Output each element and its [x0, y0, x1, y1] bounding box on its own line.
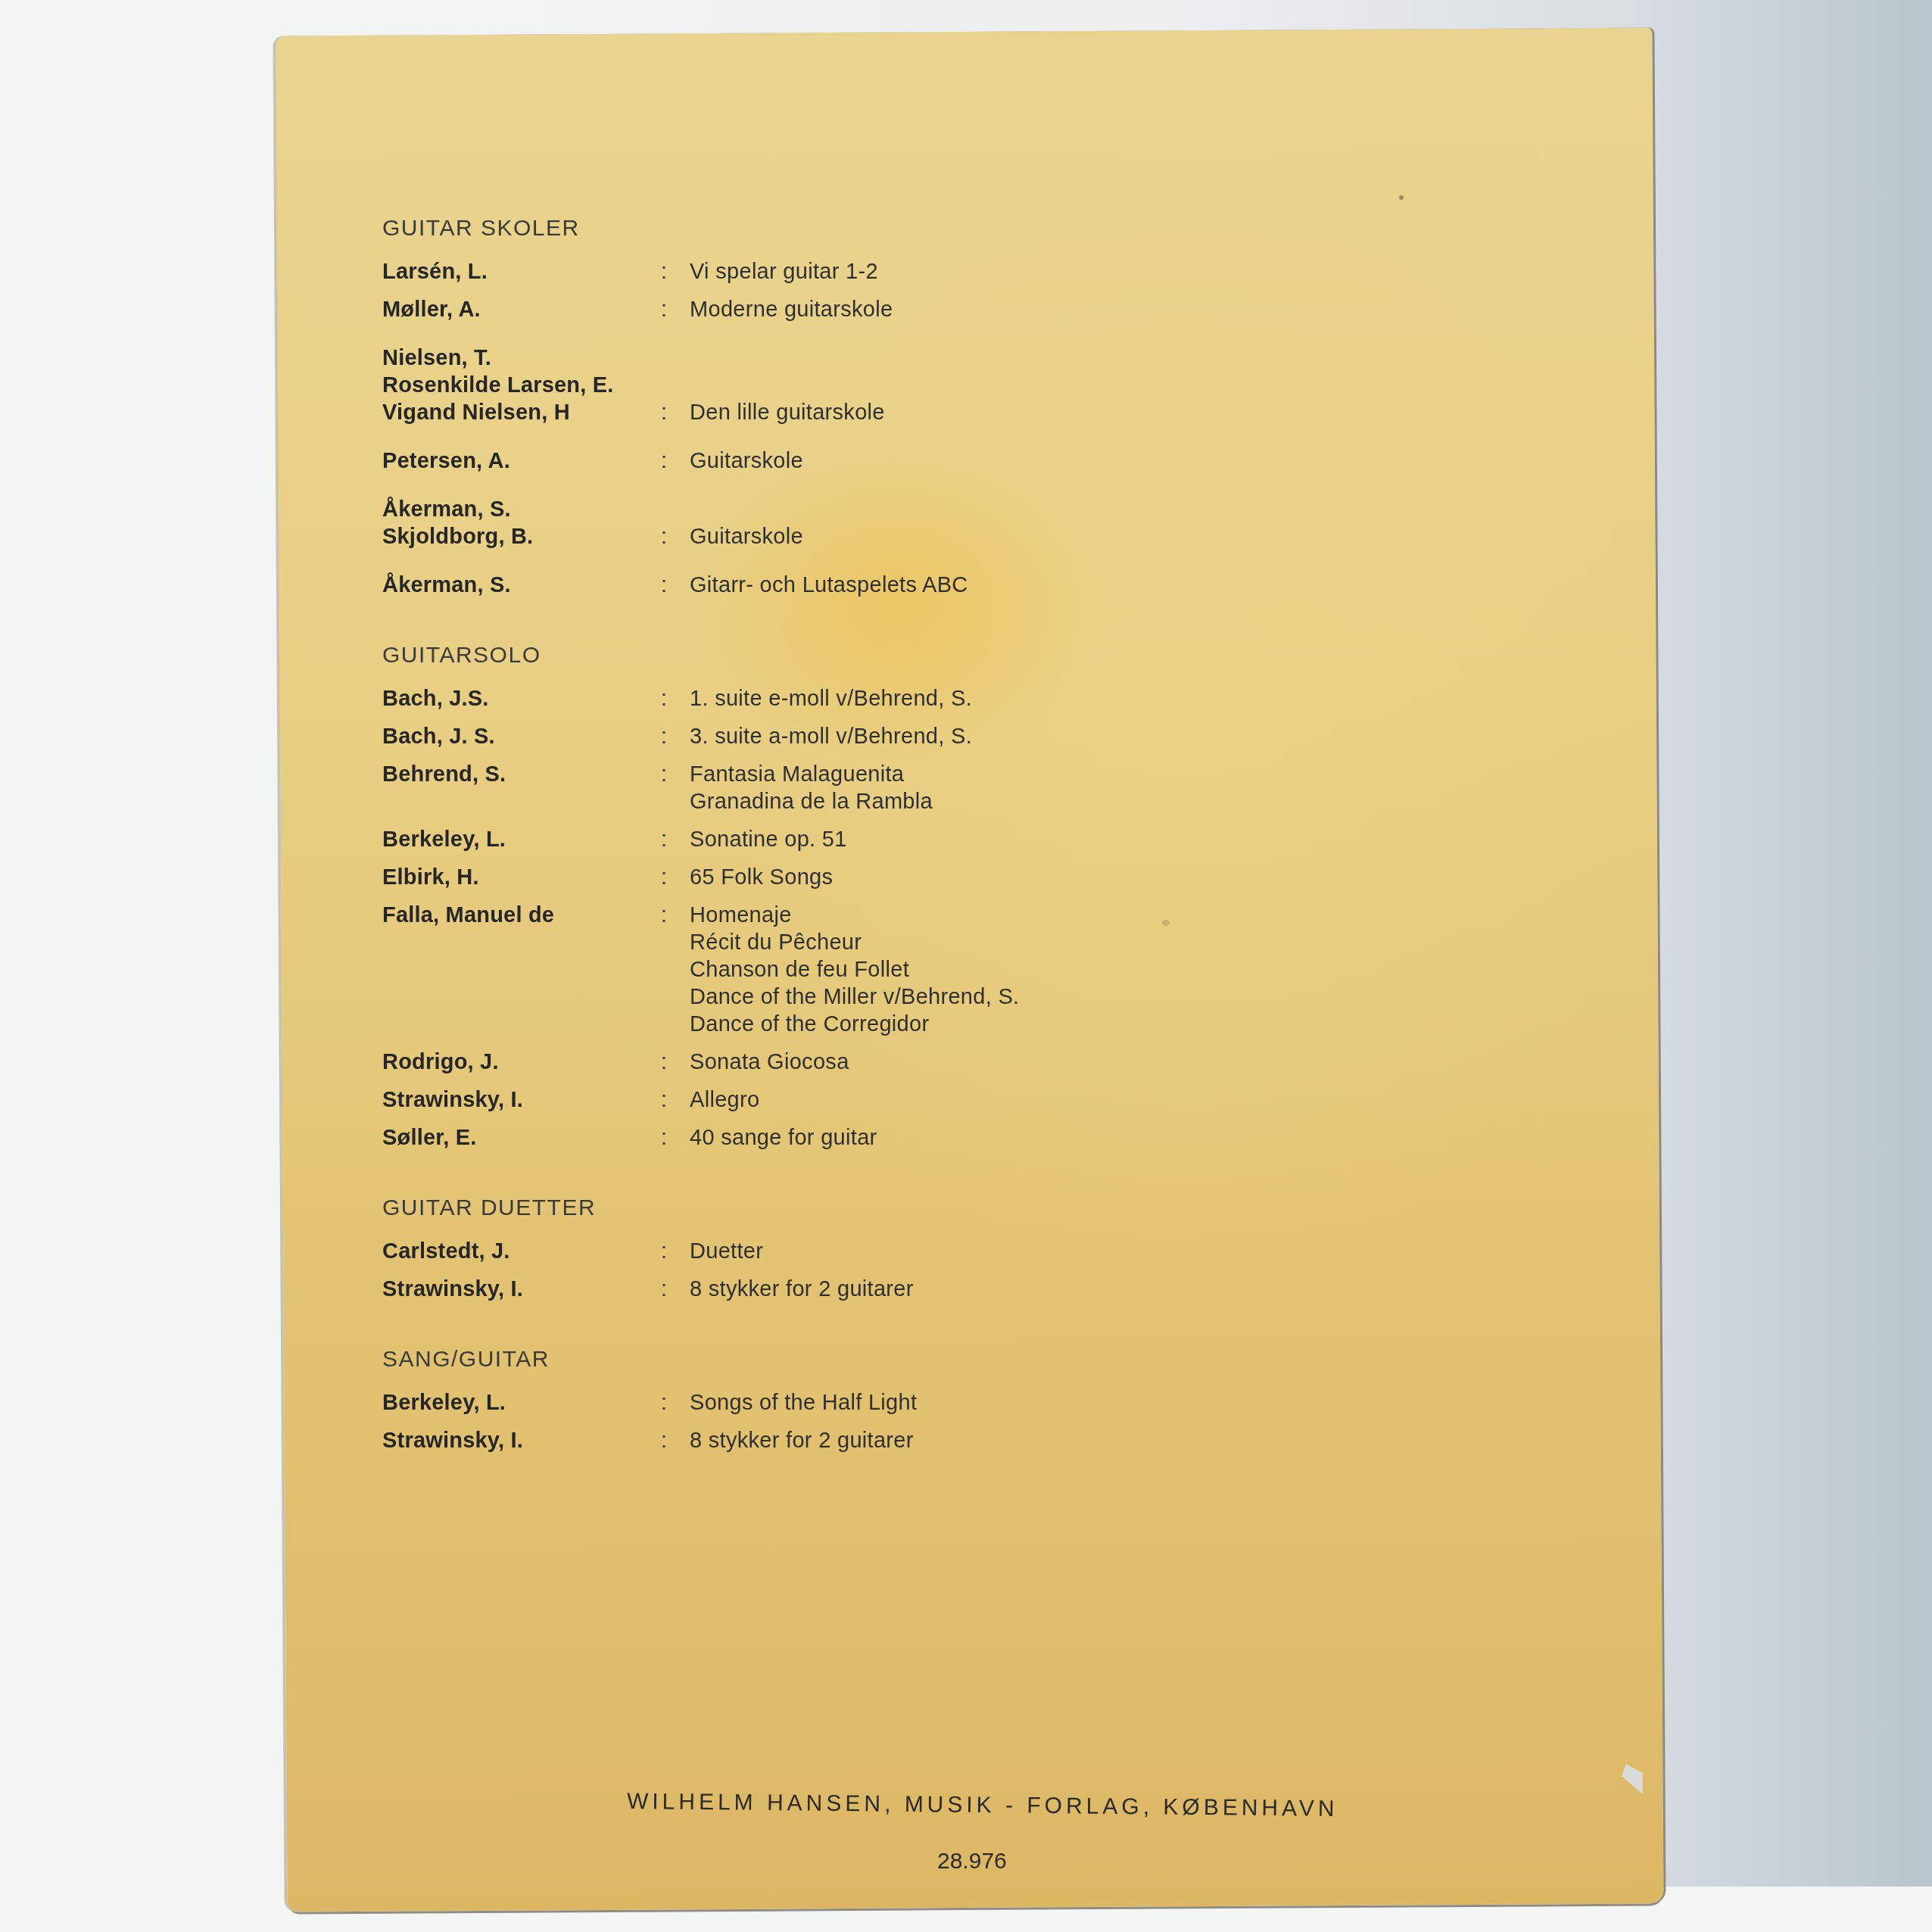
catalog-entry: Larsén, L.:Vi spelar guitar 1-2 — [382, 258, 1215, 285]
catalog-entry: Bach, J.S.:1. suite e-moll v/Behrend, S. — [382, 685, 1215, 712]
composer-names: Strawinsky, I. — [382, 1086, 661, 1114]
composer-name: Åkerman, S. — [382, 572, 661, 599]
separator-colon: : — [661, 1126, 667, 1150]
work-title: 3. suite a-moll v/Behrend, S. — [690, 723, 972, 750]
composer-name: Berkeley, L. — [382, 1389, 661, 1416]
composer-name: Nielsen, T. — [382, 344, 661, 372]
catalog-section: SANG/GUITARBerkeley, L.:Songs of the Hal… — [382, 1347, 1215, 1454]
catalog-entry: Strawinsky, I.:8 stykker for 2 guitarer — [382, 1427, 1215, 1454]
composer-name: Skjoldborg, B. — [382, 523, 661, 550]
composer-name: Strawinsky, I. — [382, 1427, 661, 1454]
catalog-entry: Rodrigo, J.:Sonata Giocosa — [382, 1049, 1215, 1076]
composer-names: Møller, A. — [382, 296, 661, 323]
work-titles: Allegro — [690, 1086, 759, 1114]
composer-name: Bach, J. S. — [382, 723, 661, 750]
composer-name: Rodrigo, J. — [382, 1049, 661, 1076]
composer-name: Behrend, S. — [382, 761, 661, 788]
work-titles: HomenajeRécit du PêcheurChanson de feu F… — [690, 902, 1019, 1038]
separator-colon: : — [661, 762, 667, 787]
catalog-entry: Strawinsky, I.:Allegro — [382, 1086, 1215, 1114]
composer-name: Carlstedt, J. — [382, 1238, 661, 1265]
work-titles: Songs of the Half Light — [690, 1389, 917, 1416]
work-title: 8 stykker for 2 guitarer — [690, 1427, 914, 1454]
composer-names: Falla, Manuel de — [382, 902, 661, 929]
catalog-entry: Carlstedt, J.:Duetter — [382, 1238, 1215, 1265]
composer-names: Berkeley, L. — [382, 826, 661, 853]
composer-names: Berkeley, L. — [382, 1389, 661, 1416]
work-titles: Fantasia MalaguenitaGranadina de la Ramb… — [690, 761, 933, 815]
work-titles: 3. suite a-moll v/Behrend, S. — [690, 723, 972, 750]
composer-name: Berkeley, L. — [382, 826, 661, 853]
catalog-entry: Møller, A.:Moderne guitarskole — [382, 296, 1215, 323]
work-title: Guitarskole — [690, 447, 803, 475]
work-titles: Guitarskole — [690, 496, 803, 550]
separator-colon: : — [661, 449, 667, 473]
work-titles: Sonata Giocosa — [690, 1049, 849, 1076]
composer-names: Carlstedt, J. — [382, 1238, 661, 1265]
separator-colon: : — [661, 865, 667, 890]
composer-names: Elbirk, H. — [382, 864, 661, 891]
catalog-entry: Strawinsky, I.:8 stykker for 2 guitarer — [382, 1276, 1215, 1303]
section-heading: GUITARSOLO — [382, 643, 1215, 668]
work-titles: Duetter — [690, 1238, 763, 1265]
work-titles: Den lille guitarskole — [690, 344, 885, 426]
catalog-number: 28.976 — [937, 1849, 1007, 1874]
work-titles: 8 stykker for 2 guitarer — [690, 1427, 914, 1454]
section-heading: GUITAR DUETTER — [382, 1195, 1215, 1221]
separator-colon: : — [661, 724, 667, 749]
work-title: Fantasia Malaguenita — [690, 761, 933, 788]
catalog-entry: Berkeley, L.:Sonatine op. 51 — [382, 826, 1215, 853]
catalog-section: GUITARSOLOBach, J.S.:1. suite e-moll v/B… — [382, 643, 1215, 1151]
catalog-entry: Nielsen, T.Rosenkilde Larsen, E.Vigand N… — [382, 344, 1215, 426]
work-title: Gitarr- och Lutaspelets ABC — [690, 572, 968, 599]
composer-names: Bach, J.S. — [382, 685, 661, 712]
work-title: Duetter — [690, 1238, 763, 1265]
separator-colon: : — [661, 1277, 667, 1301]
composer-name: Møller, A. — [382, 296, 661, 323]
section-heading: SANG/GUITAR — [382, 1347, 1215, 1373]
work-title: Moderne guitarskole — [690, 296, 893, 323]
work-title: Dance of the Corregidor — [690, 1011, 1019, 1038]
catalog-list: GUITAR SKOLERLarsén, L.:Vi spelar guitar… — [382, 216, 1215, 1498]
composer-name: Elbirk, H. — [382, 864, 661, 891]
work-title: Granadina de la Rambla — [690, 788, 933, 815]
composer-name: Rosenkilde Larsen, E. — [382, 372, 661, 399]
catalog-entry: Falla, Manuel de:HomenajeRécit du Pêcheu… — [382, 902, 1215, 1038]
separator-colon: : — [661, 1050, 667, 1074]
work-title: 8 stykker for 2 guitarer — [690, 1276, 914, 1303]
separator-colon: : — [661, 1429, 667, 1453]
composer-names: Strawinsky, I. — [382, 1427, 661, 1454]
composer-name: Bach, J.S. — [382, 685, 661, 712]
catalog-entry: Berkeley, L.:Songs of the Half Light — [382, 1389, 1215, 1416]
composer-name: Strawinsky, I. — [382, 1086, 661, 1114]
composer-name: Petersen, A. — [382, 447, 661, 475]
work-title: Sonata Giocosa — [690, 1049, 849, 1076]
composer-name: Larsén, L. — [382, 258, 661, 285]
work-titles: 65 Folk Songs — [690, 864, 833, 891]
work-title: Songs of the Half Light — [690, 1389, 917, 1416]
work-title: Récit du Pêcheur — [690, 929, 1019, 956]
work-titles: Moderne guitarskole — [690, 296, 893, 323]
separator-colon: : — [661, 1391, 667, 1415]
composer-name: Vigand Nielsen, H — [382, 399, 661, 426]
catalog-entry: Søller, E.:40 sange for guitar — [382, 1124, 1215, 1151]
catalog-entry: Bach, J. S.:3. suite a-moll v/Behrend, S… — [382, 723, 1215, 750]
composer-name: Falla, Manuel de — [382, 902, 661, 929]
composer-name: Åkerman, S. — [382, 496, 661, 523]
separator-colon: : — [661, 687, 667, 711]
work-title: Guitarskole — [690, 523, 803, 550]
work-title: Homenaje — [690, 902, 1019, 929]
work-titles: 8 stykker for 2 guitarer — [690, 1276, 914, 1303]
work-title: 65 Folk Songs — [690, 864, 833, 891]
composer-names: Nielsen, T.Rosenkilde Larsen, E.Vigand N… — [382, 344, 661, 426]
composer-names: Larsén, L. — [382, 258, 661, 285]
composer-names: Petersen, A. — [382, 447, 661, 475]
catalog-entry: Petersen, A.:Guitarskole — [382, 447, 1215, 475]
composer-name: Strawinsky, I. — [382, 1276, 661, 1303]
catalog-section: GUITAR DUETTERCarlstedt, J.:DuetterStraw… — [382, 1195, 1215, 1303]
composer-names: Behrend, S. — [382, 761, 661, 788]
separator-colon: : — [661, 298, 667, 322]
separator-colon: : — [661, 827, 667, 852]
catalog-entry: Åkerman, S.:Gitarr- och Lutaspelets ABC — [382, 572, 1215, 599]
composer-names: Åkerman, S. — [382, 572, 661, 599]
composer-names: Søller, E. — [382, 1124, 661, 1151]
catalog-entry: Behrend, S.:Fantasia MalaguenitaGranadin… — [382, 761, 1215, 815]
separator-colon: : — [661, 903, 667, 927]
catalog-section: GUITAR SKOLERLarsén, L.:Vi spelar guitar… — [382, 216, 1215, 599]
work-titles: 40 sange for guitar — [690, 1124, 877, 1151]
separator-colon: : — [661, 573, 667, 597]
separator-colon: : — [661, 260, 667, 284]
work-title: 1. suite e-moll v/Behrend, S. — [690, 685, 972, 712]
catalog-entry: Åkerman, S.Skjoldborg, B.:Guitarskole — [382, 496, 1215, 550]
catalog-entry: Elbirk, H.:65 Folk Songs — [382, 864, 1215, 891]
work-title: 40 sange for guitar — [690, 1124, 877, 1151]
work-titles: Gitarr- och Lutaspelets ABC — [690, 572, 968, 599]
section-heading: GUITAR SKOLER — [382, 216, 1215, 241]
work-title: Dance of the Miller v/Behrend, S. — [690, 983, 1019, 1011]
work-titles: Guitarskole — [690, 447, 803, 475]
paper-speck — [1399, 195, 1404, 200]
work-title: Chanson de feu Follet — [690, 956, 1019, 983]
work-title: Vi spelar guitar 1-2 — [690, 258, 878, 285]
composer-names: Strawinsky, I. — [382, 1276, 661, 1303]
separator-colon: : — [661, 400, 667, 425]
work-titles: Sonatine op. 51 — [690, 826, 847, 853]
work-titles: Vi spelar guitar 1-2 — [690, 258, 878, 285]
work-title: Den lille guitarskole — [690, 399, 885, 426]
composer-names: Åkerman, S.Skjoldborg, B. — [382, 496, 661, 550]
work-titles: 1. suite e-moll v/Behrend, S. — [690, 685, 972, 712]
separator-colon: : — [661, 1088, 667, 1112]
composer-names: Rodrigo, J. — [382, 1049, 661, 1076]
separator-colon: : — [661, 1239, 667, 1264]
composer-name: Søller, E. — [382, 1124, 661, 1151]
work-title: Allegro — [690, 1086, 759, 1114]
composer-names: Bach, J. S. — [382, 723, 661, 750]
separator-colon: : — [661, 525, 667, 549]
work-title: Sonatine op. 51 — [690, 826, 847, 853]
